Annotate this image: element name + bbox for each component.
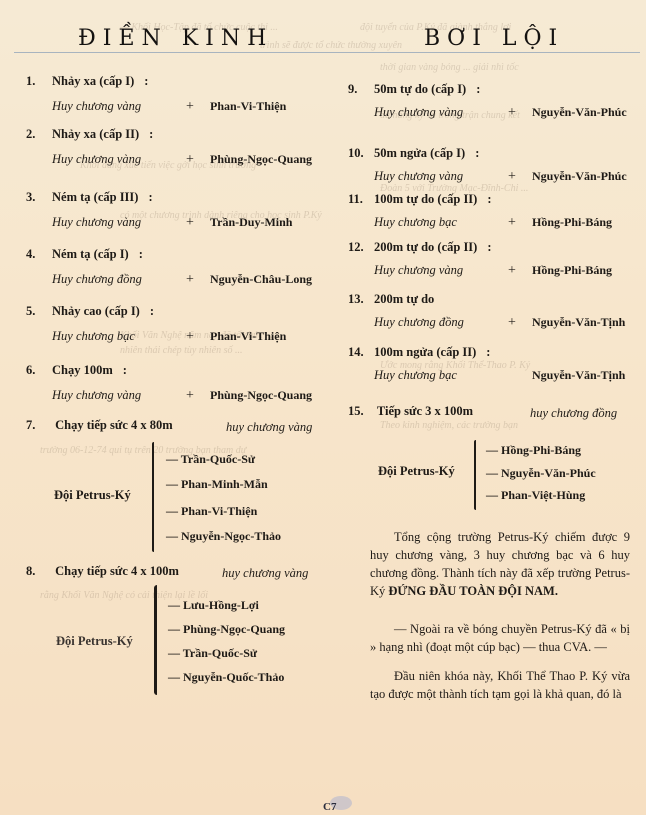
event-number: 12. (348, 240, 374, 255)
summary-highlight: ĐỨNG ĐẦU TOÀN ĐỘI NAM. (388, 584, 558, 598)
event-colon: : (123, 363, 127, 377)
event-colon: : (475, 146, 479, 160)
medal-result: Huy chương bạcNguyễn-Văn-Tịnh (374, 368, 625, 383)
team-member: — Hồng-Phi-Báng (486, 443, 581, 458)
event-heading: 8. Chạy tiếp sức 4 x 100m (26, 564, 179, 579)
medal-result: Huy chương bạc+Hồng-Phi-Báng (374, 215, 612, 231)
medal-type: Huy chương vàng (52, 152, 170, 167)
event-name: Ném tạ (cấp I) (52, 247, 129, 261)
medal-result: Huy chương vàng+Nguyễn-Văn-Phúc (374, 169, 627, 185)
winner-name: Trần-Duy-Minh (210, 215, 292, 230)
event-name: Chạy tiếp sức 4 x 80m (55, 418, 173, 432)
event-name: 50m ngửa (cấp I) (374, 146, 465, 160)
event-name: 100m tự do (cấp II) (374, 192, 477, 206)
event-number: 13. (348, 292, 374, 307)
bleed-through-text: thời gian vàng bóng ... giải nhì tốc (380, 62, 519, 73)
event-number: 8. (26, 564, 52, 579)
brace-bracket (152, 442, 154, 552)
event-number: 11. (348, 192, 374, 207)
event-name: 200m tự do (cấp II) (374, 240, 477, 254)
medal-result: Huy chương vàng+Phùng-Ngọc-Quang (52, 152, 312, 168)
medal-result: Huy chương vàng+Nguyễn-Văn-Phúc (374, 105, 627, 121)
event-colon: : (476, 82, 480, 96)
section-title-athletics: ĐIỀN KINH (78, 26, 273, 51)
winner-name: Phùng-Ngọc-Quang (210, 152, 312, 167)
plus-separator: + (170, 152, 210, 168)
event-heading: 12.200m tự do (cấp II): (348, 240, 492, 255)
event-number: 6. (26, 363, 52, 378)
event-colon: : (144, 74, 148, 88)
event-number: 15. (348, 404, 374, 419)
plus-separator: + (170, 388, 210, 404)
team-member: — Nguyễn-Quốc-Thảo (168, 670, 284, 685)
brace-bracket (154, 585, 157, 695)
medal-type: Huy chương vàng (374, 105, 492, 120)
medal-type: Huy chương bạc (374, 215, 492, 230)
plus-separator: + (492, 315, 532, 331)
winner-name: Hồng-Phi-Báng (532, 215, 612, 230)
event-number: 5. (26, 304, 52, 319)
event-number: 4. (26, 247, 52, 262)
section-title-swimming: BƠI LỘI (424, 26, 564, 51)
winner-name: Nguyễn-Văn-Tịnh (532, 368, 625, 383)
medal-type: Huy chương đồng (52, 272, 170, 287)
medal-type: Huy chương bạc (374, 368, 492, 383)
header-rule (14, 52, 640, 53)
medal-type: Huy chương vàng (374, 263, 492, 278)
bleed-through-text: trình sẽ được tổ chức thường xuyên (260, 40, 402, 51)
team-member: — Nguyễn-Ngọc-Thảo (166, 529, 281, 544)
medal-result: Huy chương vàng+Trần-Duy-Minh (52, 215, 292, 231)
team-name: Đội Petrus-Ký (56, 634, 133, 649)
winner-name: Nguyễn-Văn-Tịnh (532, 315, 625, 330)
winner-name: Hồng-Phi-Báng (532, 263, 612, 278)
medal-type: Huy chương vàng (52, 215, 170, 230)
medal-type: Huy chương vàng (52, 99, 170, 114)
event-number: 2. (26, 127, 52, 142)
event-heading: 9.50m tự do (cấp I): (348, 82, 480, 97)
event-heading: 4.Ném tạ (cấp I): (26, 247, 143, 262)
event-heading: 11.100m tự do (cấp II): (348, 192, 492, 207)
team-member: — Phan-Vi-Thiện (166, 504, 257, 519)
medal-result: Huy chương đồng+Nguyễn-Văn-Tịnh (374, 315, 625, 331)
event-name: Nhảy xa (cấp II) (52, 127, 139, 141)
team-member: — Lưu-Hồng-Lợi (168, 598, 259, 613)
team-member: — Trần-Quốc-Sử (166, 452, 255, 467)
event-heading: 2.Nhảy xa (cấp II): (26, 127, 153, 142)
plus-separator: + (170, 329, 210, 345)
winner-name: Nguyễn-Văn-Phúc (532, 105, 627, 120)
winner-name: Phùng-Ngọc-Quang (210, 388, 312, 403)
event-heading: 3.Ném tạ (cấp III): (26, 190, 153, 205)
team-member: — Nguyễn-Văn-Phúc (486, 466, 596, 481)
event-heading: 10.50m ngửa (cấp I): (348, 146, 479, 161)
team-member: — Phan-Việt-Hùng (486, 488, 585, 503)
team-member: — Trần-Quốc-Sử (168, 646, 257, 661)
event-name: 100m ngửa (cấp II) (374, 345, 476, 359)
page-number: C7 (323, 801, 336, 813)
plus-separator: + (492, 263, 532, 279)
event-heading: 5.Nhảy cao (cấp I): (26, 304, 154, 319)
medal-result: Huy chương vàng+Hồng-Phi-Báng (374, 263, 612, 279)
team-member: — Phùng-Ngọc-Quang (168, 622, 285, 637)
team-member: — Phan-Minh-Mẫn (166, 477, 268, 492)
event-heading: 6.Chạy 100m: (26, 363, 127, 378)
event-name: 200m tự do (374, 292, 434, 306)
event-colon: : (148, 190, 152, 204)
scanned-page: — Khối Học-Tập đã tổ chức cuộc thi ... t… (0, 0, 646, 815)
medal-type: Huy chương bạc (52, 329, 170, 344)
relay-medal: huy chương đồng (530, 406, 617, 421)
event-heading: 1.Nhảy xa (cấp I): (26, 74, 148, 89)
plus-separator: + (492, 105, 532, 121)
event-name: Chạy tiếp sức 4 x 100m (55, 564, 179, 578)
event-heading: 13.200m tự do (348, 292, 444, 307)
event-colon: : (487, 192, 491, 206)
medal-result: Huy chương bạc+Phan-Vi-Thiện (52, 329, 286, 345)
event-number: 10. (348, 146, 374, 161)
event-number: 1. (26, 74, 52, 89)
winner-name: Nguyễn-Văn-Phúc (532, 169, 627, 184)
event-colon: : (139, 247, 143, 261)
event-colon: : (487, 240, 491, 254)
medal-result: Huy chương vàng+Phùng-Ngọc-Quang (52, 388, 312, 404)
relay-medal: huy chương vàng (226, 420, 312, 435)
medal-result: Huy chương đồng+Nguyễn-Châu-Long (52, 272, 312, 288)
event-name: Nhảy xa (cấp I) (52, 74, 134, 88)
event-name: Nhảy cao (cấp I) (52, 304, 140, 318)
medal-type: Huy chương vàng (52, 388, 170, 403)
volleyball-paragraph: — Ngoài ra về bóng chuyền Petrus-Ký đã «… (370, 620, 630, 656)
bleed-through-text: nhiên thái chép tùy nhiên số ... (120, 345, 242, 356)
medal-type: Huy chương đồng (374, 315, 492, 330)
event-number: 9. (348, 82, 374, 97)
closing-paragraph: Đầu niên khóa này, Khối Thể Thao P. Ký v… (370, 667, 630, 703)
plus-separator: + (170, 272, 210, 288)
winner-name: Nguyễn-Châu-Long (210, 272, 312, 287)
plus-separator: + (492, 215, 532, 231)
event-heading: 14.100m ngửa (cấp II): (348, 345, 490, 360)
event-colon: : (486, 345, 490, 359)
brace-bracket (474, 440, 476, 510)
plus-separator: + (170, 215, 210, 231)
team-name: Đội Petrus-Ký (54, 488, 131, 503)
event-heading: 15. Tiếp sức 3 x 100m (348, 404, 473, 419)
team-name: Đội Petrus-Ký (378, 464, 455, 479)
event-name: Chạy 100m (52, 363, 113, 377)
event-number: 3. (26, 190, 52, 205)
event-name: 50m tự do (cấp I) (374, 82, 466, 96)
relay-medal: huy chương vàng (222, 566, 308, 581)
summary-paragraph: Tổng cộng trường Petrus-Ký chiếm được 9 … (370, 528, 630, 600)
event-heading: 7. Chạy tiếp sức 4 x 80m (26, 418, 173, 433)
winner-name: Phan-Vi-Thiện (210, 329, 286, 344)
bleed-through-text: Theo kinh nghiệm, các trường bạn (380, 420, 518, 431)
event-number: 14. (348, 345, 374, 360)
winner-name: Phan-Vi-Thiện (210, 99, 286, 114)
plus-separator: + (170, 99, 210, 115)
medal-result: Huy chương vàng+Phan-Vi-Thiện (52, 99, 286, 115)
medal-type: Huy chương vàng (374, 169, 492, 184)
event-colon: : (149, 127, 153, 141)
plus-separator: + (492, 169, 532, 185)
event-name: Tiếp sức 3 x 100m (377, 404, 473, 418)
event-name: Ném tạ (cấp III) (52, 190, 138, 204)
event-colon: : (150, 304, 154, 318)
event-number: 7. (26, 418, 52, 433)
